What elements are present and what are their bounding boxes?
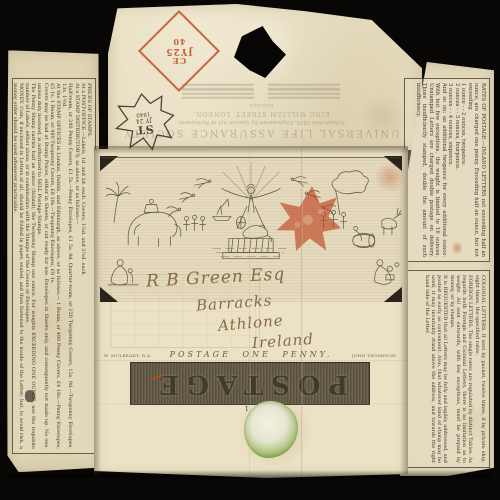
red-diamond-line: CE [172, 56, 186, 65]
fold-shadow-left [94, 148, 101, 476]
right-rates-panel: RATES OF POSTAGE.—INLAND LETTERS not exc… [404, 78, 490, 262]
address-line: Ireland [251, 330, 314, 352]
main-face: R B Green Esq Barracks Athlone Ireland P… [94, 148, 408, 478]
right-colonial-text: COLONIAL LETTERS. If sent by packet, twe… [405, 271, 489, 467]
black-datestamp-line: JY 24 [136, 116, 152, 124]
red-diamond-line: 40 [172, 37, 185, 46]
reindeer [382, 208, 402, 234]
red-squiggle-mark [147, 371, 169, 385]
photo-of-mulready-lettersheet: UNIVERSAL LIFE ASSURANCE SOCIETY Establi… [0, 0, 500, 500]
left-panel-text: PRICES OF STAMPS. At a POST-OFFICE.—Labe… [13, 79, 95, 453]
black-datestamp-line: 1840 [136, 110, 150, 117]
bottom-edge-shadow [6, 470, 492, 478]
right-colonial-panel: COLONIAL LETTERS. If sent by packet, twe… [404, 270, 490, 468]
wax-seal [244, 401, 298, 458]
red-diamond-line: JY25 [165, 46, 192, 56]
messengers-left [166, 179, 210, 217]
left-instructions-panel: PRICES OF STAMPS. At a POST-OFFICE.—Labe… [12, 78, 96, 454]
maltese-cross-cancel [268, 176, 349, 262]
fold-shadow-right [400, 148, 408, 474]
right-rates-text: RATES OF POSTAGE.—INLAND LETTERS not exc… [405, 79, 489, 261]
credit-mulready: W. MULREADY, R.A. [104, 353, 152, 358]
figure-group-left [184, 199, 231, 230]
address-line: Barracks [195, 291, 273, 314]
letter-readers-right [375, 260, 399, 285]
black-datestamp: ST JY 24 1840 [109, 89, 178, 156]
credit-thompson: JOHN THOMPSON. [352, 353, 398, 358]
letter-writers-left [108, 260, 138, 285]
